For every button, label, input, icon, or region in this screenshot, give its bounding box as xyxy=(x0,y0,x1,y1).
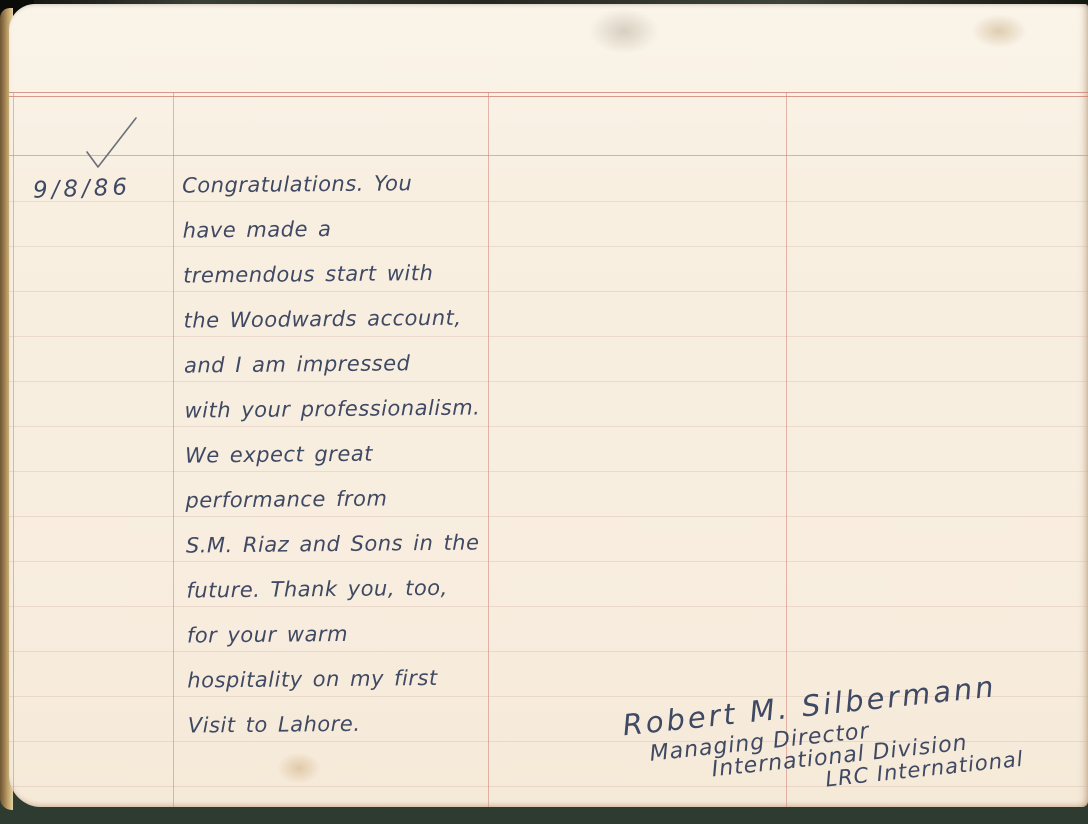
column-rule-margin xyxy=(13,92,14,807)
notebook-page: 9/8/86 Congratulations. You have made a … xyxy=(9,4,1088,807)
message-line: for your warm xyxy=(187,610,487,658)
message-line: with your professionalism. xyxy=(184,385,484,433)
message-line: future. Thank you, too, xyxy=(186,565,486,613)
checkmark-icon xyxy=(79,110,149,172)
message-line: Visit to Lahore. xyxy=(188,700,488,748)
message-line: have made a xyxy=(182,205,482,253)
stain xyxy=(277,752,321,784)
message-line: Congratulations. You xyxy=(182,160,482,208)
message-line: the Woodwards account, xyxy=(183,295,483,343)
header-rule-top xyxy=(9,92,1088,93)
header-rule-bottom xyxy=(9,96,1088,97)
message-line: hospitality on my first xyxy=(187,655,487,703)
stain xyxy=(971,14,1027,48)
stain xyxy=(589,8,659,54)
message-line: We expect great xyxy=(185,430,485,478)
message-line: S.M. Riaz and Sons in the xyxy=(186,520,486,568)
entry-date: 9/8/86 xyxy=(33,174,132,203)
scanned-notebook-page: 9/8/86 Congratulations. You have made a … xyxy=(0,0,1088,824)
message-line: and I am impressed xyxy=(184,340,484,388)
entry-message: Congratulations. You have made a tremend… xyxy=(182,160,488,748)
header-row-rule xyxy=(9,155,1088,156)
column-rule-date xyxy=(173,92,174,807)
message-line: performance from xyxy=(185,475,485,523)
message-line: tremendous start with xyxy=(183,250,483,298)
column-rule-middle xyxy=(488,92,489,807)
